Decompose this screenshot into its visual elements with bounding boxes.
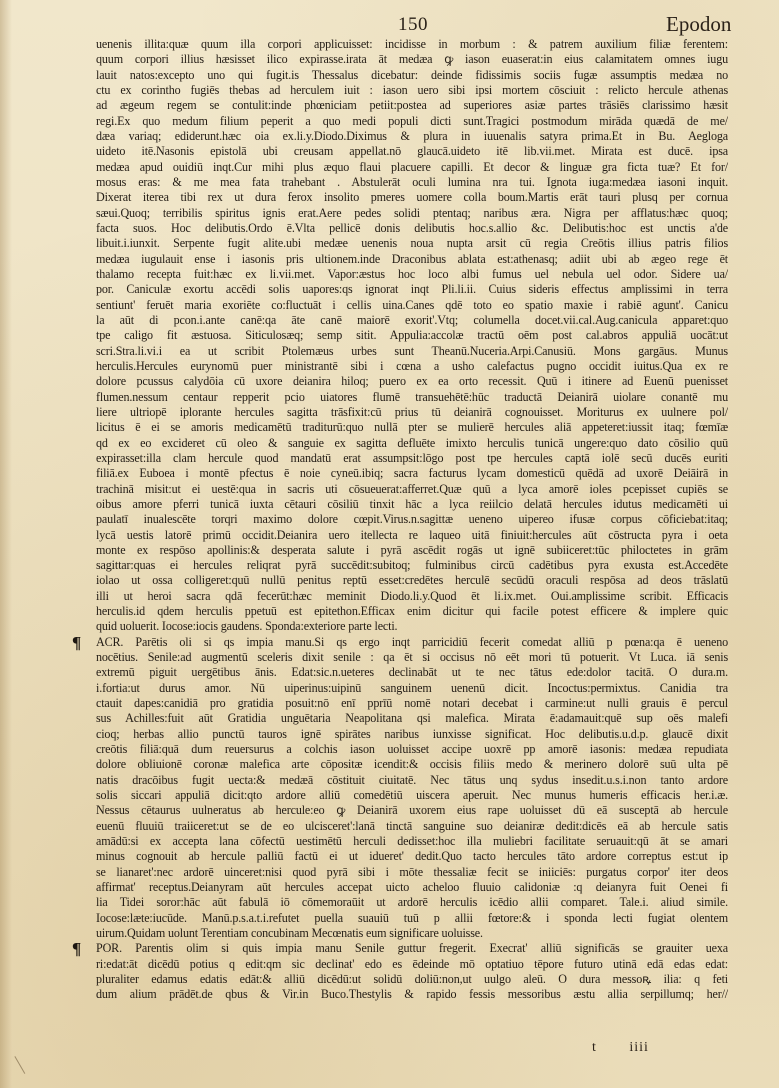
text-line: mosus eras: & me mea fata trahebant . Ab… [96, 175, 728, 190]
text-line: Nessus cētaurus uulneratus ab hercule:eo… [96, 803, 728, 818]
paragraph-mark-icon: ¶ [72, 635, 81, 650]
text-line: minus cognouit ab hercule palliū factū e… [96, 849, 728, 864]
text-line: regi.Ex quo medum filium peperit a quo m… [96, 114, 728, 129]
text-line: flumen.nessum centaur repperit pcio uiat… [96, 390, 728, 405]
text-line: lia Tidei soror:hāc aūt fabulā iō cōmemo… [96, 895, 728, 910]
text-line: sæui.Quoq; terribilis spiritus ignis era… [96, 206, 728, 221]
page-gutter-shadow [0, 0, 12, 1088]
text-line: medæa apud ouidiū inqt.Cur mihi plus æqu… [96, 160, 728, 175]
text-line: oibus amore pferri tunicā iuxta cētauri … [96, 497, 728, 512]
text-line: quid uoluerit. Iocose:iocis gaudens. Spo… [96, 619, 728, 634]
text-line: pluraliter edamus edatis edāt:& alliū di… [96, 972, 728, 987]
paragraph-mark-icon: ¶ [72, 941, 81, 956]
text-line: affirmat' receptus.Deianyram aūt hercule… [96, 880, 728, 895]
text-line: paulatī inualescēte torqri maximo dolore… [96, 512, 728, 527]
text-line: se lianaret':nec ardorē uinceret:nisi qu… [96, 865, 728, 880]
paper-mark [14, 1046, 42, 1074]
text-line: ri:edat:āt dicēdū potius q edit:qm sic d… [96, 957, 728, 972]
commentary-text: uenenis illita:quæ quum illa corpori app… [96, 37, 728, 1003]
book-page: 150 Epodon uenenis illita:quæ quum illa … [0, 0, 779, 1088]
text-line: amādū:si ex accepta lana cōfectū uestimē… [96, 834, 728, 849]
text-line: thalamo recepta fuit:hæc ex li.vii.met. … [96, 267, 728, 282]
text-line: filiā.ex Euboea i montē pfectus ē noie c… [96, 466, 728, 481]
text-line: ctauit dapes:canidiā pro gratidia posuit… [96, 696, 728, 711]
text-line: tpe caligo fit æstuosa. Siticulosæq; sem… [96, 328, 728, 343]
text-line: herculis.id qdem herculis ppetuū est epi… [96, 604, 728, 619]
text-line: uideto itē.Nasonis epistolā ubi creusam … [96, 144, 728, 159]
text-line: qd ex eo excideret cū oleo & sanguie ex … [96, 436, 728, 451]
text-line: extremū piguit uergētibus ānis. Edat:sic… [96, 665, 728, 680]
text-line: nocētius. Senile:ad augmentū sceleris di… [96, 650, 728, 665]
signature-letter: t [592, 1040, 597, 1055]
text-line: dolore obliuionē coronæ malefica arte cō… [96, 757, 728, 772]
running-head: Epodon [666, 12, 731, 37]
text-line: facta suos. Hoc delibutis.Ordo ē.Vlta pe… [96, 221, 728, 236]
text-line: ACR. Parētis oli si qs impia manu.Si qs … [96, 635, 728, 650]
text-line: ad ægeum regem se contulit:inde phœnicia… [96, 98, 728, 113]
text-line: dolore pcussus calydōia cū uxore deianir… [96, 374, 728, 389]
text-line: quum corpori illius hæsisset ilico expir… [96, 52, 728, 67]
paragraph-1: uenenis illita:quæ quum illa corpori app… [96, 37, 728, 635]
text-line: monte ex respōso apollinis:& desperata s… [96, 543, 728, 558]
text-line: Dixerat iterea tibi rex ut dura ferox in… [96, 190, 728, 205]
text-line: euenū fluuiū traiiceret:ut se de eo ulci… [96, 819, 728, 834]
text-line: lycā uestis latorē primū occidit.Deianir… [96, 528, 728, 543]
text-line: trachinā misit:ut ei uestē:qua in sacris… [96, 482, 728, 497]
text-line: sentiunt' feruēt maria exoriēte co:fluct… [96, 298, 728, 313]
text-line: herculis.Hercules eurynomū puer ministra… [96, 359, 728, 374]
signature-mark: t iiii [592, 1040, 649, 1056]
text-line: Iocose:læte:iucūde. Manū.p.s.a.t.i.refut… [96, 911, 728, 926]
text-line: sagittar:quas ei hercules reliqrat pyrā … [96, 558, 728, 573]
text-line: licitus ē ei se amoris medicamētū tradit… [96, 420, 728, 435]
text-line: i.fortia:ut durus amor. Nū uiperinus:uip… [96, 681, 728, 696]
text-line: la aūt di pcon.i.ante canē:qa āte canē m… [96, 313, 728, 328]
text-line: uirum.Quidam uolunt Terentiam concubinam… [96, 926, 728, 941]
page-header: 150 Epodon [0, 10, 779, 40]
text-line: lauit natos:excepto uno qui fugit.is The… [96, 68, 728, 83]
text-line: iolao ut ossa colligeret:quū nullū penit… [96, 573, 728, 588]
text-line: creōtis filiā:quā dum reuersurus a colch… [96, 742, 728, 757]
text-line: dum alium prādēt.de qbus & Vir.in Buco.T… [96, 987, 728, 1002]
text-line: solis siccari appuliā dicit:qto ardore a… [96, 788, 728, 803]
text-line: por. Caniculæ exortu accēdi solis uapore… [96, 282, 728, 297]
text-line: sus Achilles:fuit aūt Gratidia unguētari… [96, 711, 728, 726]
paragraph-2: ¶ ACR. Parētis oli si qs impia manu.Si q… [96, 635, 728, 942]
signature-number: iiii [629, 1040, 649, 1055]
text-line: medæa iugulauit ense i iasonis pris ulti… [96, 252, 728, 267]
text-line: cioq; herbas allio punctū tauros ignē sp… [96, 727, 728, 742]
text-line: libuit.i.iunxit. Serpente fugit alite.ub… [96, 236, 728, 251]
text-line: natis dracōibus fugit uecta:& medæā cōst… [96, 773, 728, 788]
text-line: ctu ex corintho fugiēs thebas ad hercule… [96, 83, 728, 98]
text-line: liere ultriopē iplorante hercules sagitt… [96, 405, 728, 420]
text-line: dæa variaq; ediderunt.hæc oia ex.li.y.Di… [96, 129, 728, 144]
text-line: expirasset:illa clam hercule quod mandat… [96, 451, 728, 466]
text-line: illi ut heroi sacra qdā fecerūt:hæc memi… [96, 589, 728, 604]
text-line: scri.Stra.li.vi.i ea ut scribit Ptolemæu… [96, 344, 728, 359]
paragraph-3: ¶ POR. Parentis olim si quis impia manu … [96, 941, 728, 1002]
text-line: uenenis illita:quæ quum illa corpori app… [96, 37, 728, 52]
text-line: POR. Parentis olim si quis impia manu Se… [96, 941, 728, 956]
folio-number: 150 [398, 14, 428, 36]
